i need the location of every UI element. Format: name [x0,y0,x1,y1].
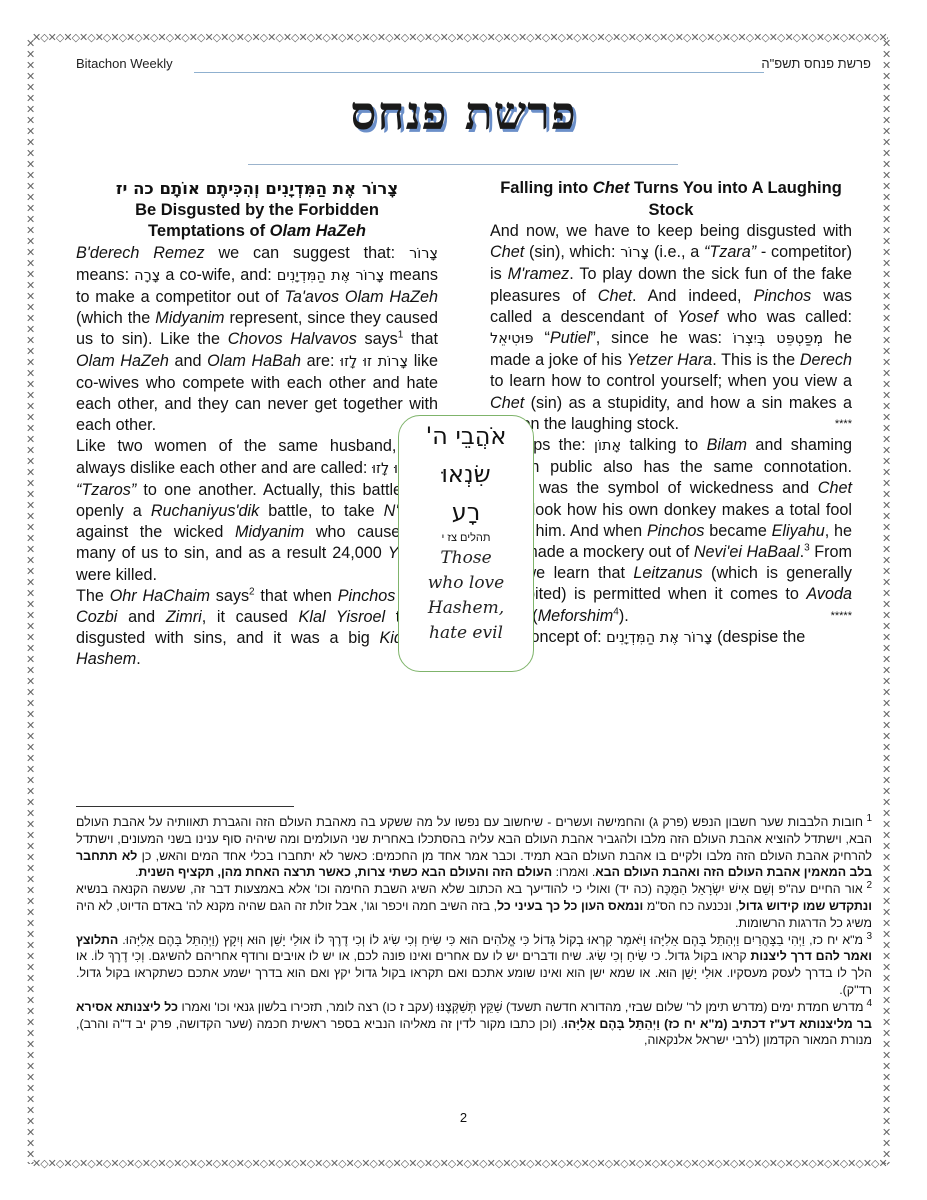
right-paragraph-2: Perhaps the: אָתוֹן talking to Bilam and… [490,435,852,627]
footnote-4: 4 מדרש חמדת ימים (מדרש תימן לר' שלום שבז… [76,999,872,1049]
footnote-3: 3 מ"א יח כז, וַיְהִי בַצָּהֳרַיִם וַיְהַ… [76,932,872,999]
left-paragraph-3: The Ohr HaChaim says2 that when Pinchos … [76,586,438,671]
border-bottom: ✕◇✕◇✕◇✕◇✕◇✕◇✕◇✕◇✕◇✕◇✕◇✕◇✕◇✕◇✕◇✕◇✕◇✕◇✕◇✕◇… [32,1158,888,1170]
pull-quote-hebrew-3: רָע [399,494,533,530]
title-rule [248,164,678,165]
header-rule [194,72,764,73]
left-paragraph-1: B'derech Remez we can suggest that: צָרו… [76,243,438,437]
right-paragraph-3: The concept of: צָרוֹר אֶת הַמִּדְיָנִים… [490,627,852,649]
pull-quote-box: אֹהֲבֵי ה' שִׂנְאוּ רָע תהלים צז י Those… [398,415,534,672]
right-column: Falling into Chet Turns You into A Laugh… [490,178,852,649]
border-top: ✕◇✕◇✕◇✕◇✕◇✕◇✕◇✕◇✕◇✕◇✕◇✕◇✕◇✕◇✕◇✕◇✕◇✕◇✕◇✕◇… [32,32,888,44]
pull-quote-english-3: Hashem, [399,596,533,621]
left-heading-hebrew: צָרוֹר אֶת הַמִּדְיָנִים וְהִכִּיתֶם אוֹ… [76,178,438,200]
pull-quote-english-2: who love [399,571,533,596]
border-right: ✕✕✕✕✕✕✕✕✕✕✕✕✕✕✕✕✕✕✕✕✕✕✕✕✕✕✕✕✕✕✕✕✕✕✕✕✕✕✕✕… [882,38,894,1164]
right-heading: Falling into Chet Turns You into A Laugh… [490,178,852,221]
pull-quote-english-1: Those [399,546,533,571]
pull-quote-source: תהלים צז י [399,530,533,546]
section-stars: **** [835,414,852,435]
left-paragraph-2: Like two women of the same husband, who … [76,436,438,585]
border-left: ✕✕✕✕✕✕✕✕✕✕✕✕✕✕✕✕✕✕✕✕✕✕✕✕✕✕✕✕✕✕✕✕✕✕✕✕✕✕✕✕… [26,38,38,1164]
footnote-2: 2 אור החיים עה"פ וְשֵׁם אִישׁ יִשְׂרָאֵל… [76,881,872,931]
footnotes: 1 חובות הלבבות שער חשבון הנפש (פרק ג) וה… [76,814,872,1049]
page-number: 2 [0,1110,927,1125]
right-paragraph-1: And now, we have to keep being disgusted… [490,221,852,435]
pull-quote-hebrew-2: שִׂנְאוּ [399,456,533,492]
footnote-separator [76,806,294,807]
pull-quote-english-4: hate evil [399,621,533,646]
section-stars: ***** [831,606,852,627]
left-heading-english: Be Disgusted by the Forbidden Temptation… [76,200,438,243]
pull-quote-hebrew-1: אֹהֲבֵי ה' [399,418,533,454]
running-header: Bitachon Weekly פרשת פנחס תשפ"ה [76,56,871,76]
parsha-date: פרשת פנחס תשפ"ה [761,56,871,71]
page-title: פרשת פנחס [0,86,927,140]
publication-name: Bitachon Weekly [76,56,173,71]
left-column: צָרוֹר אֶת הַמִּדְיָנִים וְהִכִּיתֶם אוֹ… [76,178,438,671]
footnote-1: 1 חובות הלבבות שער חשבון הנפש (פרק ג) וה… [76,814,872,881]
